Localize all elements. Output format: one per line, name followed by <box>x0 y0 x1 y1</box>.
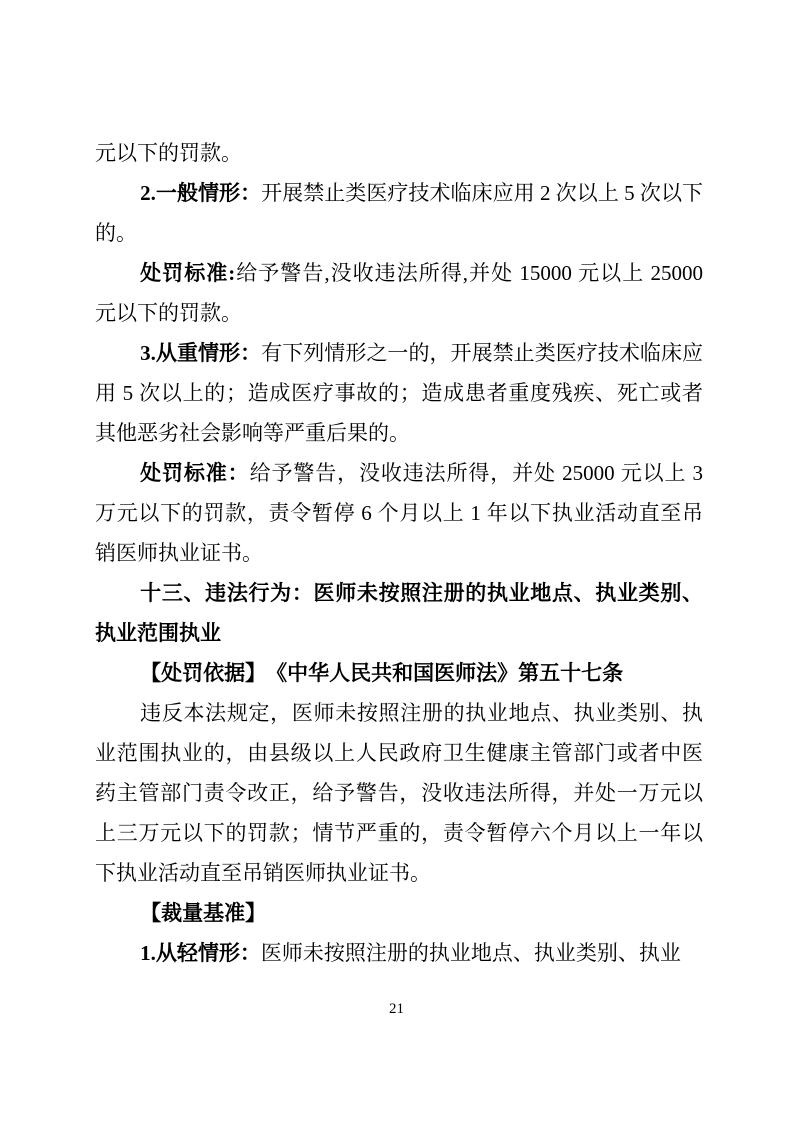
paragraph-penalty-standard-aggravated: 处罚标准：给予警告，没收违法所得，并处 25000 元以上 3 万元以下的罚款，… <box>95 453 703 573</box>
paragraph-text: 医师未按照注册的执业地点、执业类别、执业 <box>261 941 681 965</box>
heading-penalty-basis: 【处罚依据】 《中华人民共和国医师法》第五十七条 <box>95 653 703 693</box>
heading-label: 十三、违法行为： <box>140 581 313 605</box>
heading-discretion-benchmark: 【裁量基准】 <box>95 893 703 933</box>
clause-label: 3.从重情形： <box>140 341 261 365</box>
heading-label: 【裁量基准】 <box>140 901 266 925</box>
clause-label: 处罚标准: <box>140 261 235 285</box>
paragraph-continuation-fine: 元以下的罚款。 <box>95 133 703 173</box>
clause-label: 处罚标准： <box>140 461 249 485</box>
clause-label: 2.一般情形： <box>140 181 261 205</box>
document-page: 元以下的罚款。 2.一般情形：开展禁止类医疗技术临床应用 2 次以上 5 次以下… <box>0 0 793 1122</box>
clause-label: 1.从轻情形： <box>140 941 261 965</box>
paragraph-text: 元以下的罚款。 <box>95 141 242 165</box>
paragraph-general-case: 2.一般情形：开展禁止类医疗技术临床应用 2 次以上 5 次以下的。 <box>95 173 703 253</box>
heading-violation-13: 十三、违法行为：医师未按照注册的执业地点、执业类别、执业范围执业 <box>95 573 703 653</box>
document-body: 元以下的罚款。 2.一般情形：开展禁止类医疗技术临床应用 2 次以上 5 次以下… <box>95 133 703 973</box>
heading-text: 《中华人民共和国医师法》第五十七条 <box>256 661 624 685</box>
heading-label: 【处罚依据】 <box>140 661 256 685</box>
paragraph-aggravated-case: 3.从重情形：有下列情形之一的，开展禁止类医疗技术临床应用 5 次以上的；造成医… <box>95 333 703 453</box>
paragraph-lenient-case: 1.从轻情形：医师未按照注册的执业地点、执业类别、执业 <box>95 933 703 973</box>
page-number: 21 <box>0 1000 793 1018</box>
paragraph-penalty-standard-general: 处罚标准:给予警告,没收违法所得,并处 15000 元以上 25000 元以下的… <box>95 253 703 333</box>
paragraph-law-article-57: 违反本法规定，医师未按照注册的执业地点、执业类别、执业范围执业的，由县级以上人民… <box>95 693 703 893</box>
paragraph-text: 违反本法规定，医师未按照注册的执业地点、执业类别、执业范围执业的，由县级以上人民… <box>95 701 703 885</box>
